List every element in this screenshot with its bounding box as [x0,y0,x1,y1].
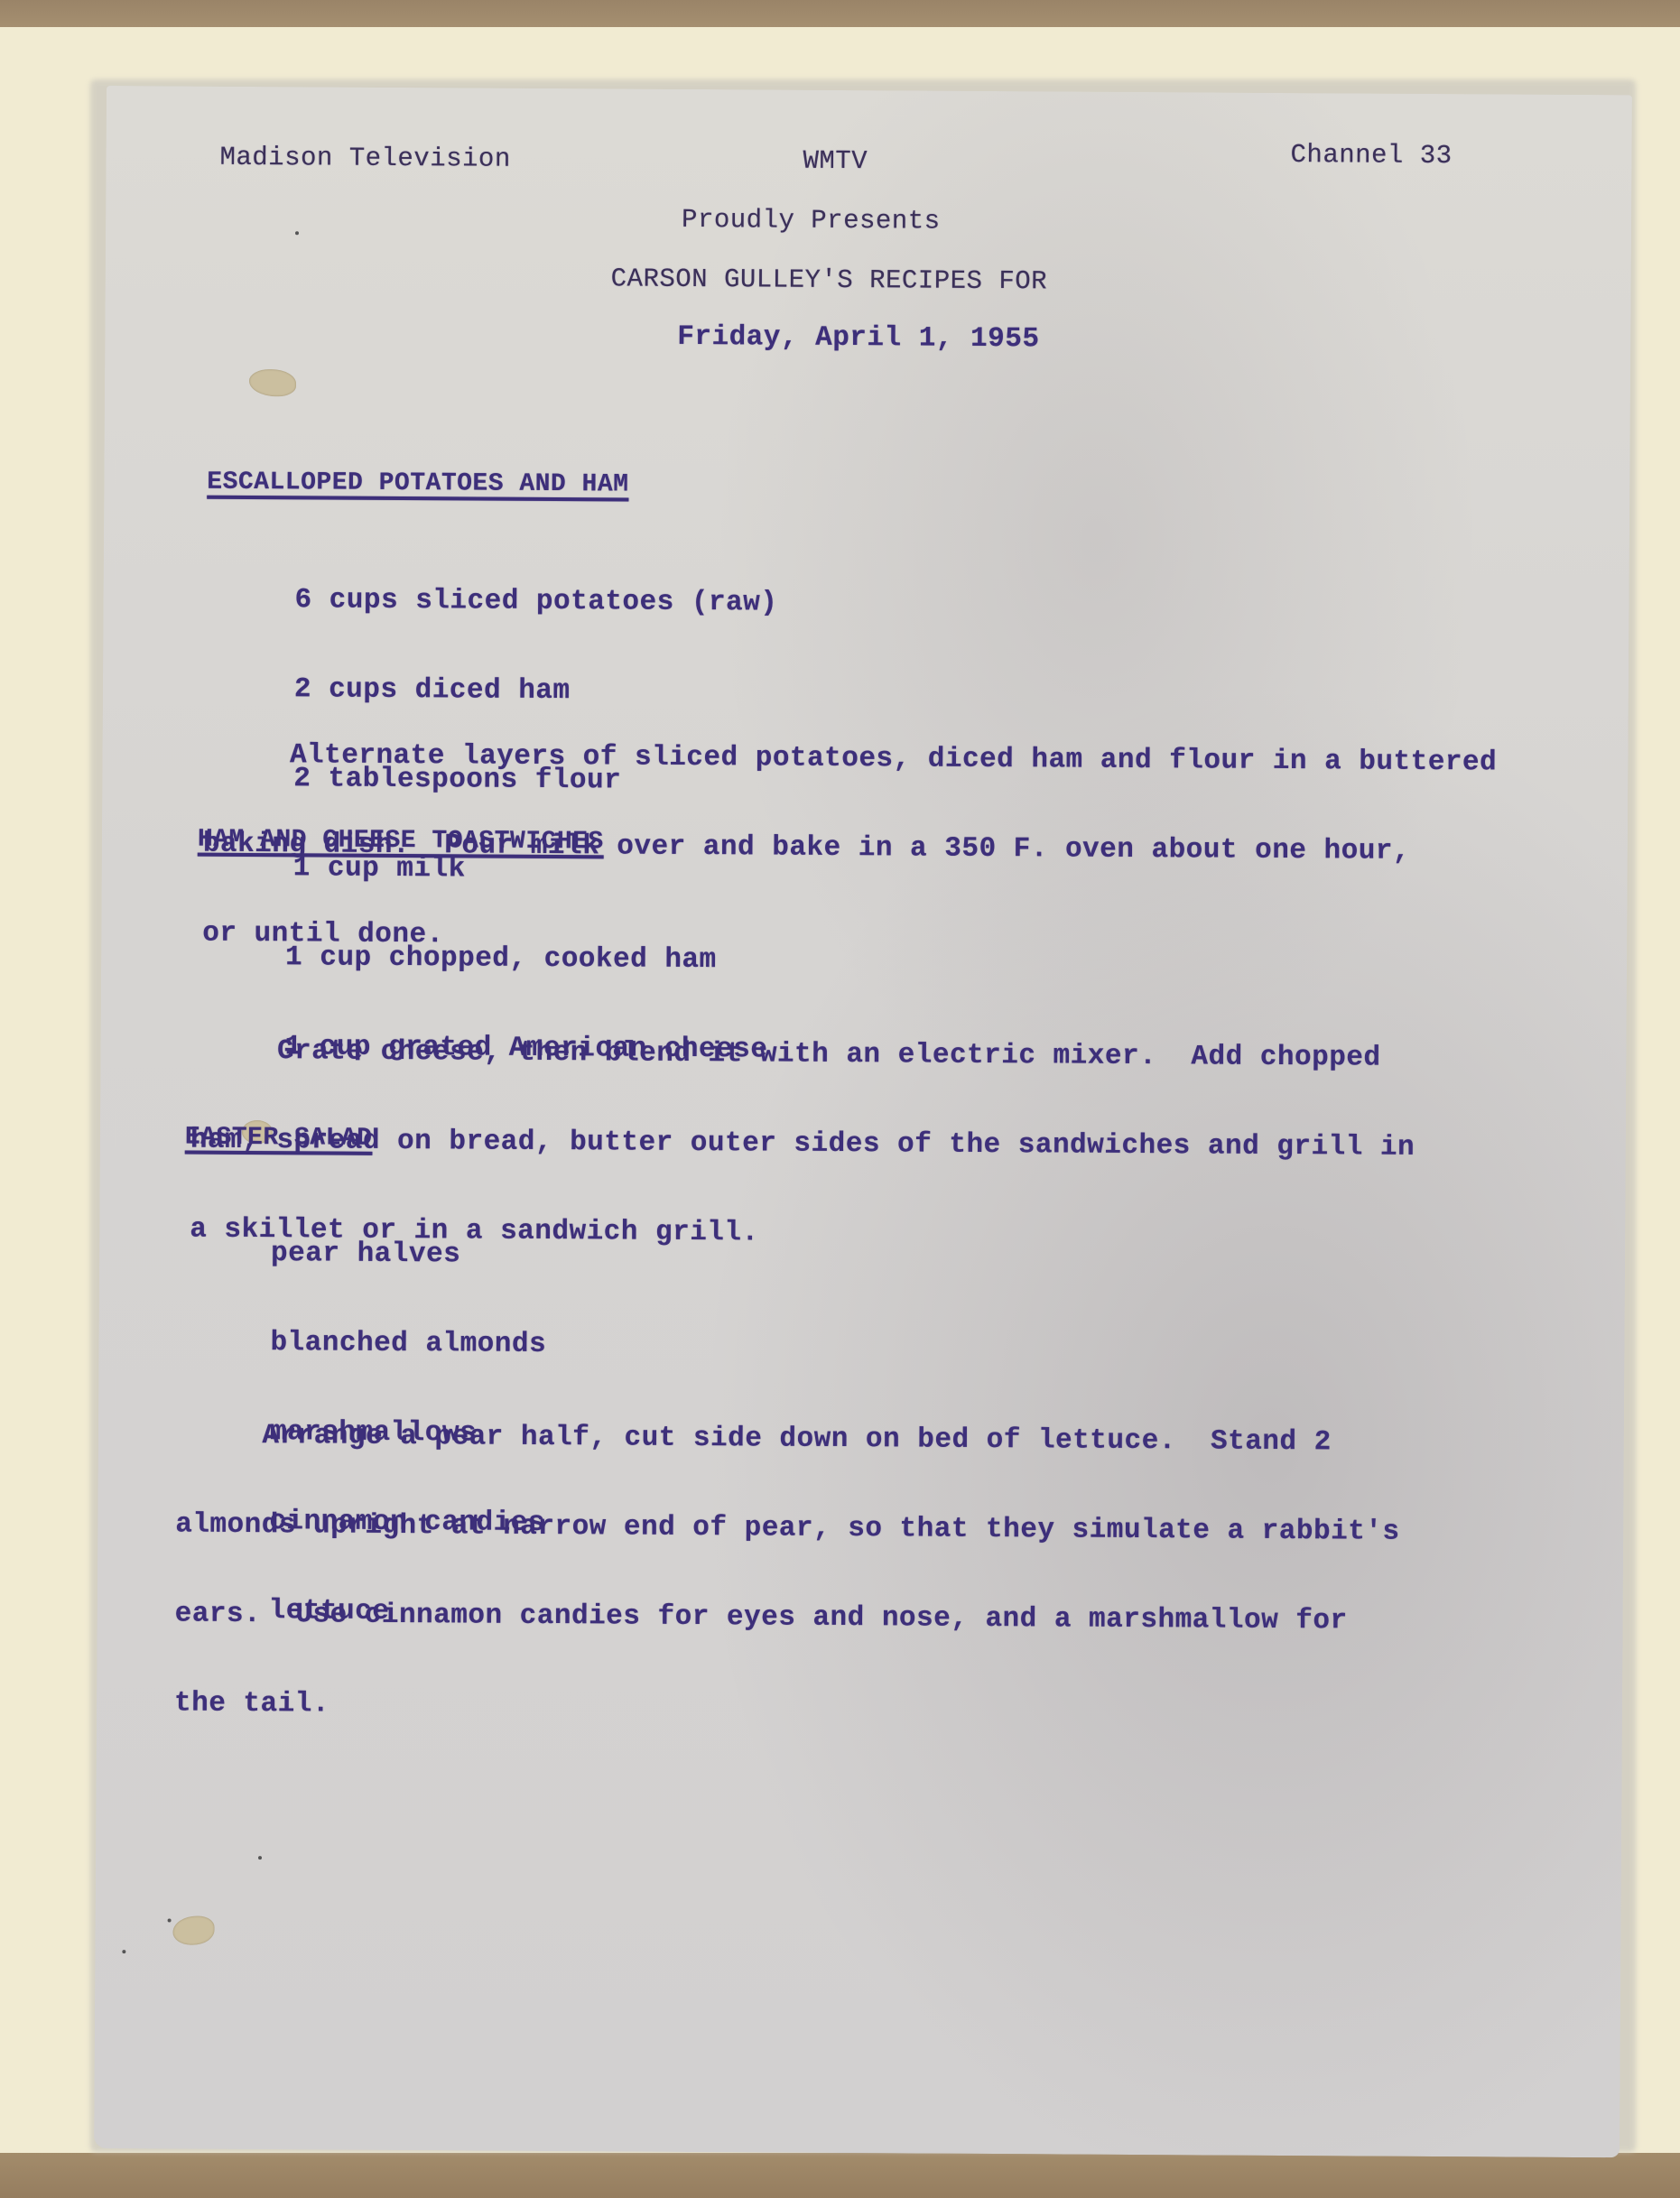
instruction-line: Grate cheese, then blend it with an elec… [190,1036,1415,1073]
header-center: WMTV [803,146,868,176]
document-title: CARSON GULLEY'S RECIPES FOR [611,264,1048,296]
punch-hole-top [249,369,296,396]
ingredient-item: 6 cups sliced potatoes (raw) [294,585,777,617]
document-date: Friday, April 1, 1955 [677,322,1039,354]
header-right: Channel 33 [1290,140,1452,171]
recipe-title: HAM AND CHEESE TOASTWICHES [198,825,604,858]
recipe-title: ESCALLOPED POTATOES AND HAM [207,468,628,500]
ingredient-item: 1 cup chopped, cooked ham [285,942,768,975]
ink-speck [258,1856,262,1859]
ink-speck [168,1918,172,1922]
recipe-title: EASTER SALAD [185,1123,373,1154]
instruction-line: the tail. [174,1688,1399,1725]
table-surface-top [0,0,1680,27]
instruction-line: ears. Use cinnamon candies for eyes and … [175,1599,1400,1636]
recipe-instructions: Arrange a pear half, cut side down on be… [174,1360,1401,1785]
ink-speck [122,1950,125,1953]
presents-line: Proudly Presents [682,205,941,236]
recipe-sheet: Madison Television WMTV Channel 33 Proud… [94,86,1632,2157]
instruction-line: almonds upright at narrow end of pear, s… [175,1509,1400,1546]
header-left: Madison Television [219,143,510,174]
ink-speck [295,231,299,235]
instruction-line: Alternate layers of sliced potatoes, dic… [203,740,1497,778]
ingredient-item: pear halves [271,1238,547,1270]
punch-hole-bottom [172,1915,214,1944]
table-surface-bottom [0,2153,1680,2198]
instruction-line: Arrange a pear half, cut side down on be… [176,1420,1401,1457]
ingredient-item: blanched almonds [270,1328,546,1359]
instruction-line: ham, spread on bread, butter outer sides… [190,1126,1415,1163]
